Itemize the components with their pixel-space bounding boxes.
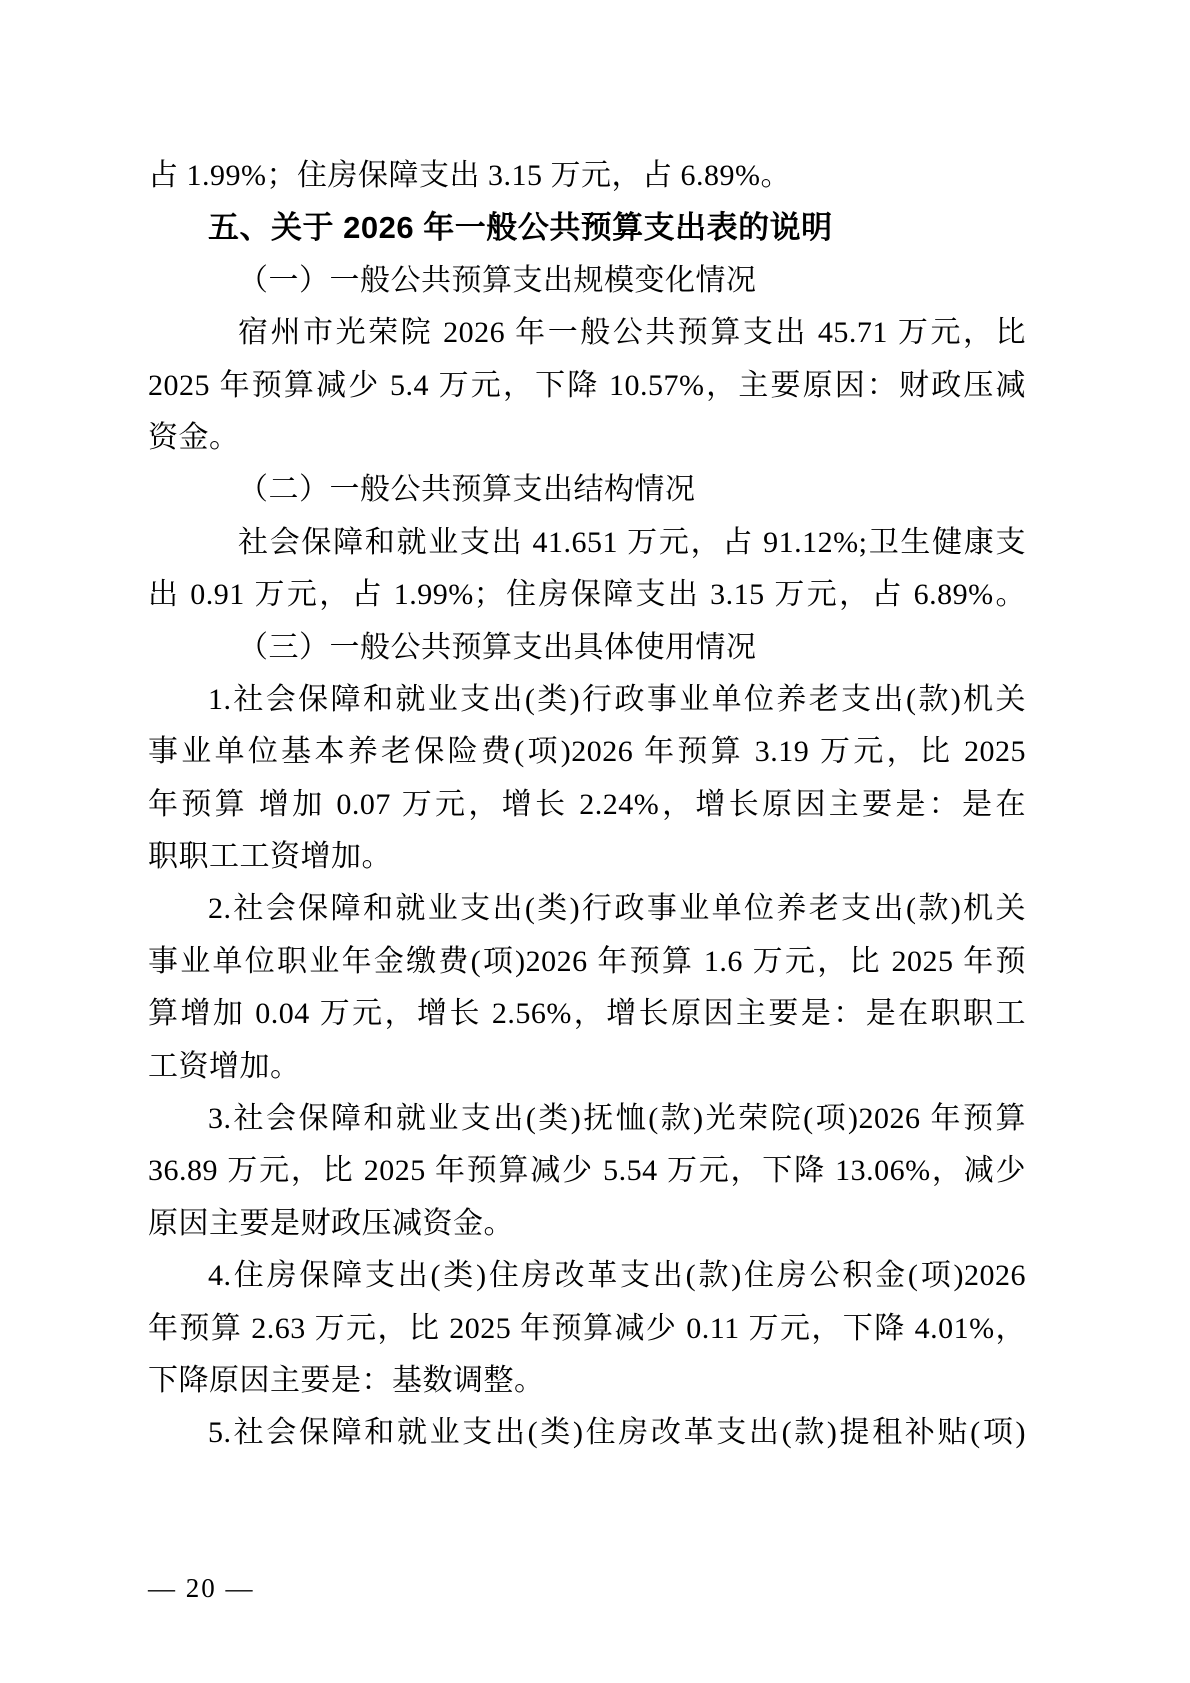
body-line: 下降原因主要是：基数调整。 (148, 1355, 1026, 1407)
body-line: 职职工工资增加。 (148, 831, 1026, 883)
body-line: 年预算 增加 0.07 万元，增长 2.24%，增长原因主要是：是在 (148, 779, 1026, 831)
page-number: — 20 — (148, 1568, 255, 1608)
body-line: 2.社会保障和就业支出(类)行政事业单位养老支出(款)机关 (148, 883, 1026, 935)
body-line: 工资增加。 (148, 1041, 1026, 1093)
body-line: 2025 年预算减少 5.4 万元，下降 10.57%，主要原因：财政压减 (148, 360, 1026, 412)
section-5-heading: 五、关于 2026 年一般公共预算支出表的说明 (148, 202, 1026, 254)
body-line: 1.社会保障和就业支出(类)行政事业单位养老支出(款)机关 (148, 674, 1026, 726)
body-line: 5.社会保障和就业支出(类)住房改革支出(款)提租补贴(项) (148, 1407, 1026, 1459)
body-line: 出 0.91 万元，占 1.99%；住房保障支出 3.15 万元，占 6.89%… (148, 569, 1026, 621)
body-line: 4.住房保障支出(类)住房改革支出(款)住房公积金(项)2026 (148, 1250, 1026, 1302)
body-line: 宿州市光荣院 2026 年一般公共预算支出 45.71 万元，比 (148, 307, 1026, 359)
body-line: 原因主要是财政压减资金。 (148, 1198, 1026, 1250)
body-line: 36.89 万元，比 2025 年预算减少 5.54 万元，下降 13.06%，… (148, 1145, 1026, 1197)
body-line: 事业单位基本养老保险费(项)2026 年预算 3.19 万元，比 2025 (148, 726, 1026, 778)
page-body: 占 1.99%；住房保障支出 3.15 万元，占 6.89%。 五、关于 202… (148, 150, 1026, 1460)
body-line: 3.社会保障和就业支出(类)抚恤(款)光荣院(项)2026 年预算 (148, 1093, 1026, 1145)
body-line: 社会保障和就业支出 41.651 万元，占 91.12%;卫生健康支 (148, 517, 1026, 569)
body-line: 占 1.99%；住房保障支出 3.15 万元，占 6.89%。 (148, 150, 1026, 202)
body-line: 年预算 2.63 万元，比 2025 年预算减少 0.11 万元，下降 4.01… (148, 1303, 1026, 1355)
body-line: 资金。 (148, 412, 1026, 464)
subsection-2-heading: （二）一般公共预算支出结构情况 (148, 464, 1026, 516)
body-line: 事业单位职业年金缴费(项)2026 年预算 1.6 万元，比 2025 年预 (148, 936, 1026, 988)
subsection-1-heading: （一）一般公共预算支出规模变化情况 (148, 255, 1026, 307)
document-page: 占 1.99%；住房保障支出 3.15 万元，占 6.89%。 五、关于 202… (0, 0, 1190, 1683)
body-line: 算增加 0.04 万元，增长 2.56%，增长原因主要是：是在职职工 (148, 988, 1026, 1040)
subsection-3-heading: （三）一般公共预算支出具体使用情况 (148, 622, 1026, 674)
